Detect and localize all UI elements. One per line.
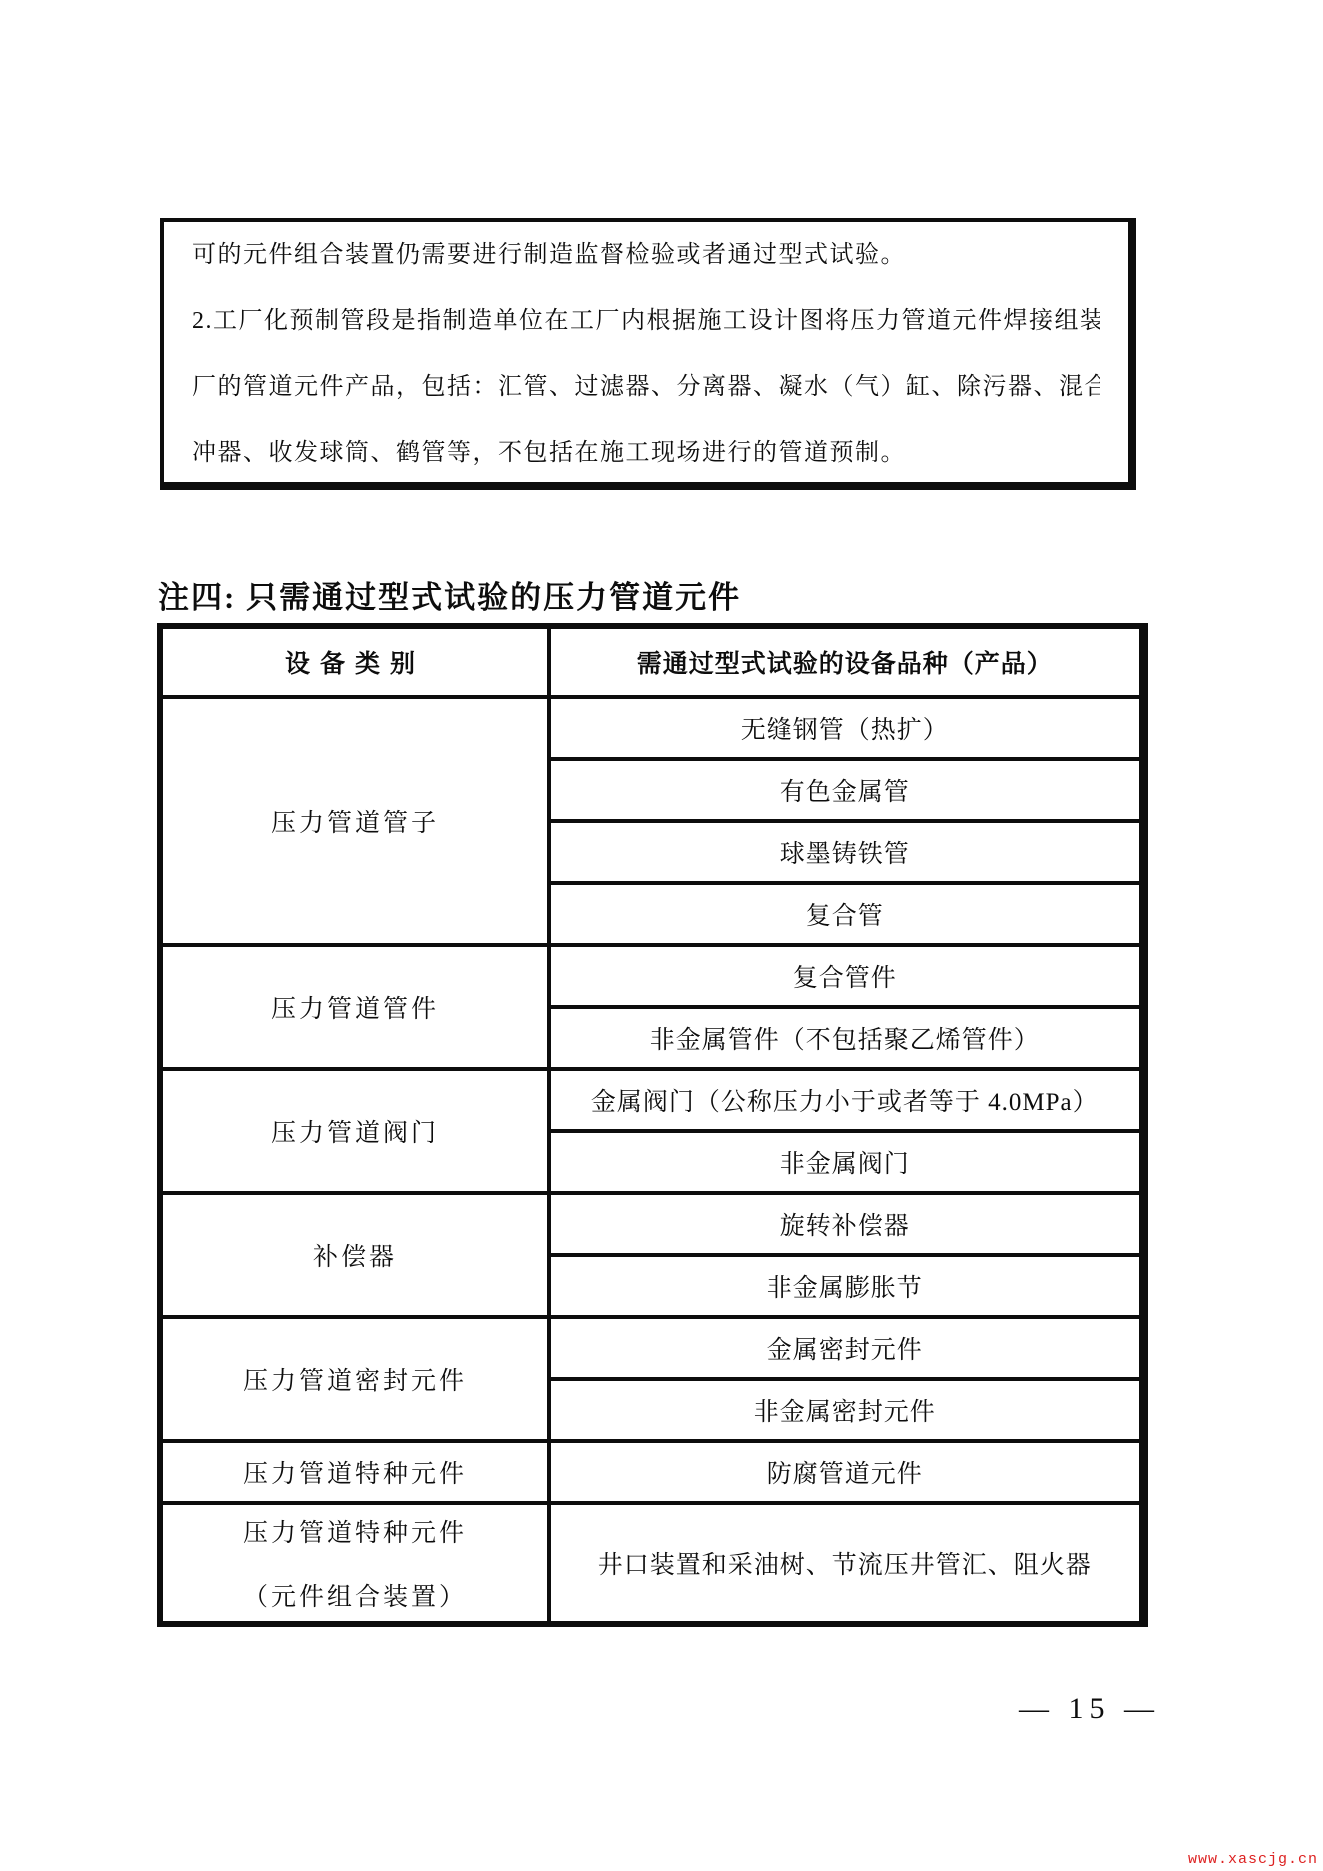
category-cell: 压力管道特种元件: [160, 1441, 549, 1503]
category-cell: 压力管道特种元件 （元件组合装置）: [160, 1503, 549, 1624]
table-row: 补偿器 旋转补偿器: [160, 1193, 1143, 1255]
note-box: 可的元件组合装置仍需要进行制造监督检验或者通过型式试验。 2.工厂化预制管段是指…: [160, 218, 1136, 490]
product-cell: 非金属密封元件: [549, 1379, 1143, 1441]
category-cell: 补偿器: [160, 1193, 549, 1317]
category-cell: 压力管道管件: [160, 945, 549, 1069]
table-header-row: 设备类别 需通过型式试验的设备品种（产品）: [160, 626, 1143, 697]
category-cell: 压力管道管子: [160, 697, 549, 945]
product-cell: 复合管: [549, 883, 1143, 945]
header-product: 需通过型式试验的设备品种（产品）: [549, 626, 1143, 697]
product-cell: 金属阀门（公称压力小于或者等于 4.0MPa）: [549, 1069, 1143, 1131]
category-line1: 压力管道特种元件: [169, 1513, 541, 1549]
product-cell: 球墨铸铁管: [549, 821, 1143, 883]
product-cell: 防腐管道元件: [549, 1441, 1143, 1503]
category-cell: 压力管道密封元件: [160, 1317, 549, 1441]
product-cell: 井口装置和采油树、节流压井管汇、阻火器: [549, 1503, 1143, 1624]
watermark-url: www.xascjg.cn: [1188, 1851, 1318, 1868]
product-cell: 非金属管件（不包括聚乙烯管件）: [549, 1007, 1143, 1069]
table-row: 压力管道特种元件 （元件组合装置） 井口装置和采油树、节流压井管汇、阻火器: [160, 1503, 1143, 1624]
product-cell: 非金属膨胀节: [549, 1255, 1143, 1317]
note-line: 2.工厂化预制管段是指制造单位在工厂内根据施工设计图将压力管道元件焊接组装整体出: [192, 288, 1100, 354]
product-cell: 复合管件: [549, 945, 1143, 1007]
page-number: — 15 —: [1019, 1692, 1160, 1726]
product-cell: 非金属阀门: [549, 1131, 1143, 1193]
header-category: 设备类别: [160, 626, 549, 697]
table-row: 压力管道管子 无缝钢管（热扩）: [160, 697, 1143, 759]
section-heading: 注四: 只需通过型式试验的压力管道元件: [158, 572, 741, 617]
table-row: 压力管道密封元件 金属密封元件: [160, 1317, 1143, 1379]
table-row: 压力管道管件 复合管件: [160, 945, 1143, 1007]
category-line2: （元件组合装置）: [169, 1577, 541, 1613]
category-cell: 压力管道阀门: [160, 1069, 549, 1193]
note-line: 冲器、收发球筒、鹤管等，不包括在施工现场进行的管道预制。: [192, 420, 1100, 486]
product-cell: 无缝钢管（热扩）: [549, 697, 1143, 759]
product-cell: 旋转补偿器: [549, 1193, 1143, 1255]
table-row: 压力管道阀门 金属阀门（公称压力小于或者等于 4.0MPa）: [160, 1069, 1143, 1131]
product-cell: 有色金属管: [549, 759, 1143, 821]
note-line: 可的元件组合装置仍需要进行制造监督检验或者通过型式试验。: [192, 222, 1100, 288]
note-line: 厂的管道元件产品，包括：汇管、过滤器、分离器、凝水（气）缸、除污器、混合器、缓: [192, 354, 1100, 420]
type-test-table: 设备类别 需通过型式试验的设备品种（产品） 压力管道管子 无缝钢管（热扩） 有色…: [157, 623, 1148, 1627]
table-row: 压力管道特种元件 防腐管道元件: [160, 1441, 1143, 1503]
product-cell: 金属密封元件: [549, 1317, 1143, 1379]
